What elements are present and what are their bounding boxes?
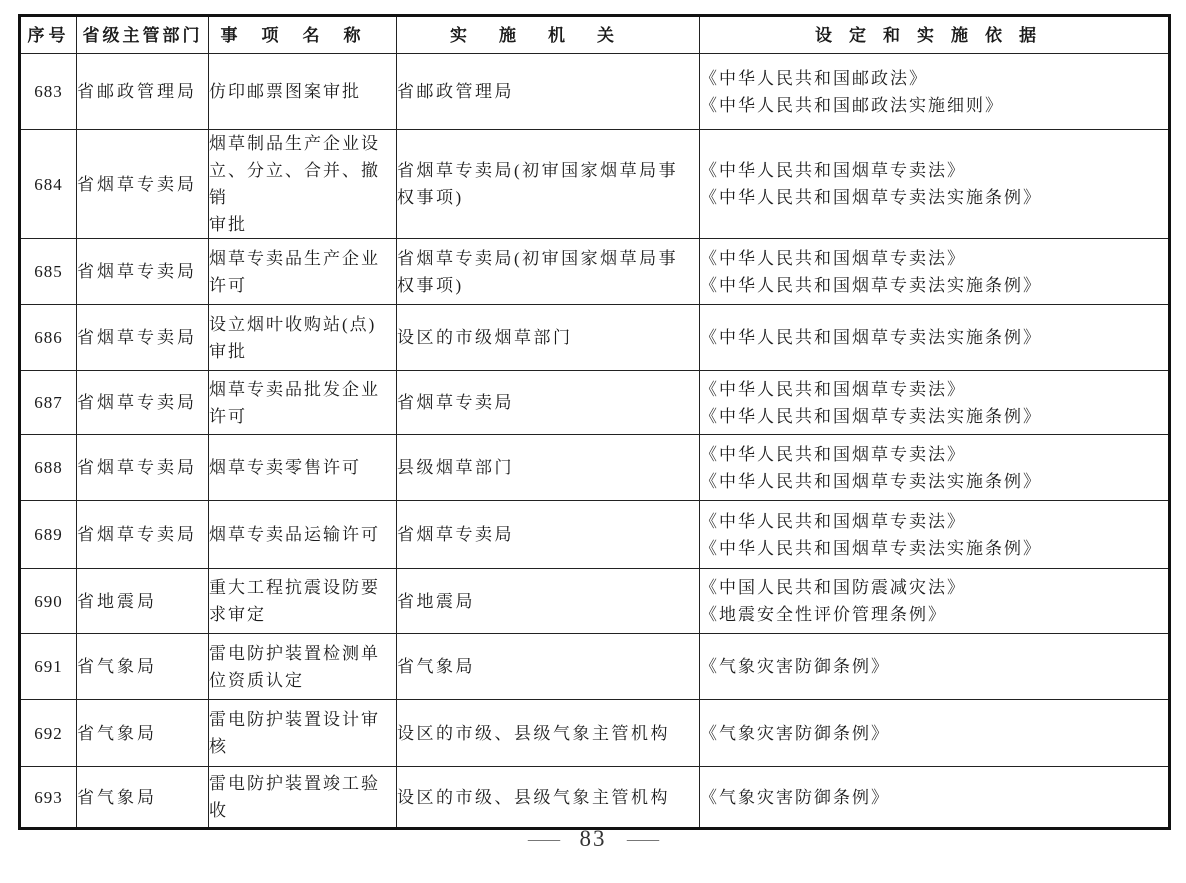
cell-department: 省烟草专卖局 — [77, 501, 209, 569]
column-header-department: 省级主管部门 — [77, 16, 209, 54]
cell-item-name: 雷电防护装置检测单 位资质认定 — [209, 634, 397, 700]
cell-agency: 设区的市级烟草部门 — [397, 305, 700, 371]
cell-index: 691 — [20, 634, 77, 700]
cell-index: 686 — [20, 305, 77, 371]
cell-basis: 《中华人民共和国烟草专卖法》 《中华人民共和国烟草专卖法实施条例》 — [700, 501, 1170, 569]
cell-item-name: 烟草制品生产企业设 立、分立、合并、撤销 审批 — [209, 130, 397, 239]
cell-item-name: 烟草专卖品运输许可 — [209, 501, 397, 569]
cell-index: 688 — [20, 435, 77, 501]
cell-index: 693 — [20, 767, 77, 829]
cell-department: 省烟草专卖局 — [77, 435, 209, 501]
column-header-basis: 设定和实施依据 — [700, 16, 1170, 54]
document-page: 序号 省级主管部门 事项名称 实施机关 设定和实施依据 683省邮政管理局仿印邮… — [0, 0, 1186, 883]
column-header-item-name: 事项名称 — [209, 16, 397, 54]
column-header-no: 序号 — [20, 16, 77, 54]
table-row: 688省烟草专卖局烟草专卖零售许可县级烟草部门《中华人民共和国烟草专卖法》 《中… — [20, 435, 1170, 501]
cell-basis: 《中华人民共和国烟草专卖法》 《中华人民共和国烟草专卖法实施条例》 — [700, 435, 1170, 501]
cell-basis: 《气象灾害防御条例》 — [700, 634, 1170, 700]
cell-basis: 《气象灾害防御条例》 — [700, 700, 1170, 767]
cell-item-name: 烟草专卖品生产企业 许可 — [209, 239, 397, 305]
cell-department: 省邮政管理局 — [77, 54, 209, 130]
cell-item-name: 设立烟叶收购站(点) 审批 — [209, 305, 397, 371]
table-row: 691省气象局雷电防护装置检测单 位资质认定省气象局《气象灾害防御条例》 — [20, 634, 1170, 700]
cell-agency: 省烟草专卖局(初审国家烟草局事 权事项) — [397, 130, 700, 239]
cell-agency: 省烟草专卖局 — [397, 501, 700, 569]
table-row: 690省地震局重大工程抗震设防要 求审定省地震局《中国人民共和国防震减灾法》 《… — [20, 569, 1170, 634]
table-row: 689省烟草专卖局烟草专卖品运输许可省烟草专卖局《中华人民共和国烟草专卖法》 《… — [20, 501, 1170, 569]
cell-agency: 设区的市级、县级气象主管机构 — [397, 700, 700, 767]
cell-department: 省烟草专卖局 — [77, 305, 209, 371]
table-row: 693省气象局雷电防护装置竣工验 收设区的市级、县级气象主管机构《气象灾害防御条… — [20, 767, 1170, 829]
page-footer: — 83 — — [0, 826, 1186, 852]
cell-index: 692 — [20, 700, 77, 767]
cell-index: 685 — [20, 239, 77, 305]
page-number: 83 — [580, 826, 607, 852]
cell-index: 689 — [20, 501, 77, 569]
cell-item-name: 烟草专卖品批发企业 许可 — [209, 371, 397, 435]
cell-index: 684 — [20, 130, 77, 239]
cell-department: 省烟草专卖局 — [77, 239, 209, 305]
cell-agency: 县级烟草部门 — [397, 435, 700, 501]
cell-item-name: 重大工程抗震设防要 求审定 — [209, 569, 397, 634]
cell-basis: 《中华人民共和国烟草专卖法实施条例》 — [700, 305, 1170, 371]
cell-agency: 省烟草专卖局(初审国家烟草局事 权事项) — [397, 239, 700, 305]
cell-department: 省气象局 — [77, 700, 209, 767]
table-header-row: 序号 省级主管部门 事项名称 实施机关 设定和实施依据 — [20, 16, 1170, 54]
table-body: 683省邮政管理局仿印邮票图案审批省邮政管理局《中华人民共和国邮政法》 《中华人… — [20, 54, 1170, 829]
cell-basis: 《中华人民共和国烟草专卖法》 《中华人民共和国烟草专卖法实施条例》 — [700, 130, 1170, 239]
cell-agency: 省邮政管理局 — [397, 54, 700, 130]
footer-dash-left: — — [528, 829, 560, 849]
cell-item-name: 仿印邮票图案审批 — [209, 54, 397, 130]
table-header: 序号 省级主管部门 事项名称 实施机关 设定和实施依据 — [20, 16, 1170, 54]
cell-basis: 《中华人民共和国烟草专卖法》 《中华人民共和国烟草专卖法实施条例》 — [700, 239, 1170, 305]
cell-agency: 省气象局 — [397, 634, 700, 700]
cell-department: 省气象局 — [77, 634, 209, 700]
cell-department: 省气象局 — [77, 767, 209, 829]
column-header-agency: 实施机关 — [397, 16, 700, 54]
cell-item-name: 雷电防护装置设计审 核 — [209, 700, 397, 767]
cell-item-name: 烟草专卖零售许可 — [209, 435, 397, 501]
table-row: 692省气象局雷电防护装置设计审 核设区的市级、县级气象主管机构《气象灾害防御条… — [20, 700, 1170, 767]
cell-basis: 《气象灾害防御条例》 — [700, 767, 1170, 829]
table-row: 686省烟草专卖局设立烟叶收购站(点) 审批设区的市级烟草部门《中华人民共和国烟… — [20, 305, 1170, 371]
cell-index: 687 — [20, 371, 77, 435]
approval-items-table: 序号 省级主管部门 事项名称 实施机关 设定和实施依据 683省邮政管理局仿印邮… — [18, 14, 1171, 830]
cell-department: 省地震局 — [77, 569, 209, 634]
cell-basis: 《中华人民共和国邮政法》 《中华人民共和国邮政法实施细则》 — [700, 54, 1170, 130]
cell-department: 省烟草专卖局 — [77, 371, 209, 435]
cell-agency: 省地震局 — [397, 569, 700, 634]
table-row: 683省邮政管理局仿印邮票图案审批省邮政管理局《中华人民共和国邮政法》 《中华人… — [20, 54, 1170, 130]
table-row: 687省烟草专卖局烟草专卖品批发企业 许可省烟草专卖局《中华人民共和国烟草专卖法… — [20, 371, 1170, 435]
cell-agency: 省烟草专卖局 — [397, 371, 700, 435]
cell-agency: 设区的市级、县级气象主管机构 — [397, 767, 700, 829]
cell-item-name: 雷电防护装置竣工验 收 — [209, 767, 397, 829]
cell-index: 683 — [20, 54, 77, 130]
cell-basis: 《中华人民共和国烟草专卖法》 《中华人民共和国烟草专卖法实施条例》 — [700, 371, 1170, 435]
table-row: 685省烟草专卖局烟草专卖品生产企业 许可省烟草专卖局(初审国家烟草局事 权事项… — [20, 239, 1170, 305]
cell-basis: 《中国人民共和国防震减灾法》 《地震安全性评价管理条例》 — [700, 569, 1170, 634]
cell-department: 省烟草专卖局 — [77, 130, 209, 239]
footer-dash-right: — — [627, 829, 659, 849]
cell-index: 690 — [20, 569, 77, 634]
table-row: 684省烟草专卖局烟草制品生产企业设 立、分立、合并、撤销 审批省烟草专卖局(初… — [20, 130, 1170, 239]
